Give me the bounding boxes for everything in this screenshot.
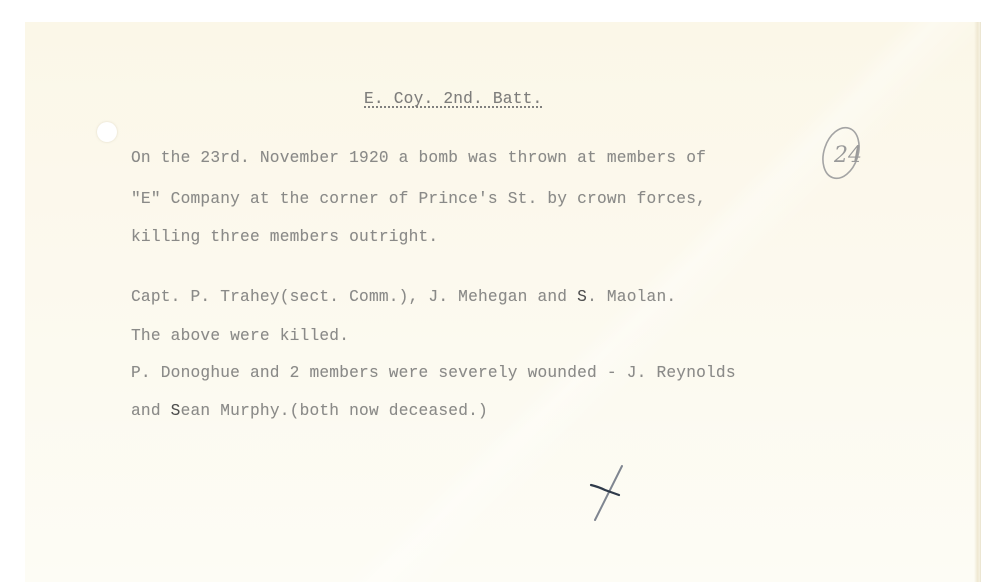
page-edge	[974, 22, 980, 563]
paragraph-1-line-1: On the 23rd. November 1920 a bomb was th…	[131, 149, 706, 167]
paragraph-1-line-3: killing three members outright.	[131, 228, 438, 246]
handwritten-page-number: 24	[833, 143, 862, 168]
overstruck-initial: S	[577, 288, 587, 306]
wounded-line-2-suffix: ean Murphy.(both now deceased.)	[181, 402, 488, 420]
overstruck-initial: S	[171, 402, 181, 420]
circled-page-number-annotation: 24	[808, 120, 868, 190]
killed-names-line: Capt. P. Trahey(sect. Comm.), J. Mehegan…	[131, 288, 676, 306]
wounded-line-1: P. Donoghue and 2 members were severely …	[131, 364, 736, 382]
killed-names-suffix: . Maolan.	[587, 288, 676, 306]
cross-mark-icon	[585, 462, 635, 527]
paragraph-1-line-2: "E" Company at the corner of Prince's St…	[131, 190, 706, 208]
killed-note: The above were killed.	[131, 327, 349, 345]
document-heading: E. Coy. 2nd. Batt.	[364, 90, 542, 108]
punch-hole	[97, 122, 117, 142]
wounded-line-2: and Sean Murphy.(both now deceased.)	[131, 402, 488, 420]
wounded-line-2-prefix: and	[131, 402, 171, 420]
killed-names-prefix: Capt. P. Trahey(sect. Comm.), J. Mehegan…	[131, 288, 577, 306]
